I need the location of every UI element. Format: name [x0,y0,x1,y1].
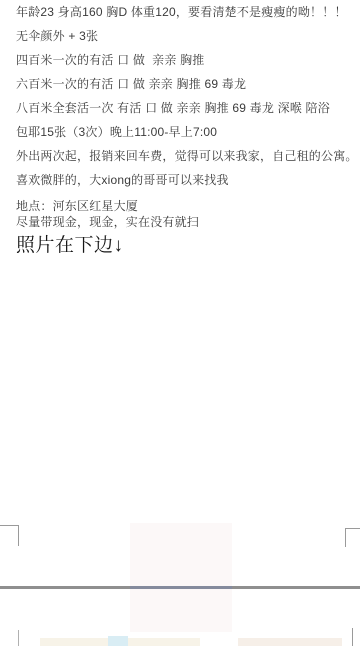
post-line-outcall: 外出两次起，报销来回车费，觉得可以来我家，自己租的公寓。 [16,144,346,168]
photo-top-strip-blue [108,636,128,646]
post-line-price-800: 八百米全套活一次 有活 口 做 亲亲 胸推 69 毒龙 深喉 陪浴 [16,96,346,120]
photo-top-strip-left [40,638,200,646]
photos-heading: 照片在下边↓ [16,234,346,258]
post-line-price-400: 四百米一次的有活 口 做 亲亲 胸推 [16,48,346,72]
post-line-stats: 年龄23 身高160 胸D 体重120，要看清楚不是瘦瘦的呦！！！ [16,0,346,24]
page-divider-center-segment [130,586,232,589]
payment-line: 尽量带现金，现金，实在没有就扫 [16,214,346,230]
location-line: 地点：河东区红星大厦 [16,198,346,214]
photo-frame-corner-left [0,525,19,546]
post-body: 年龄23 身高160 胸D 体重120，要看清楚不是瘦瘦的呦！！！ 无伞颜外 +… [0,0,360,258]
page-divider-line [0,586,360,589]
post-page: 年龄23 身高160 胸D 体重120，要看清楚不是瘦瘦的呦！！！ 无伞颜外 +… [0,0,360,646]
photo-faint-overlay [130,523,232,632]
photos-heading-text: 照片在下边 [16,235,114,256]
photo-edge-left [18,630,19,646]
photo-edge-right [352,628,353,646]
down-arrow-icon: ↓ [114,235,124,256]
post-line-extra: 无伞颜外 + 3张 [16,24,346,48]
post-line-overnight: 包耶15张（3次）晚上11:00-早上7:00 [16,120,346,144]
post-line-preference: 喜欢微胖的，大xiong的哥哥可以来找我 [16,168,346,192]
photo-frame-corner-right [345,528,360,547]
photo-top-strip-right [238,638,342,646]
post-line-price-600: 六百米一次的有活 口 做 亲亲 胸推 69 毒龙 [16,72,346,96]
